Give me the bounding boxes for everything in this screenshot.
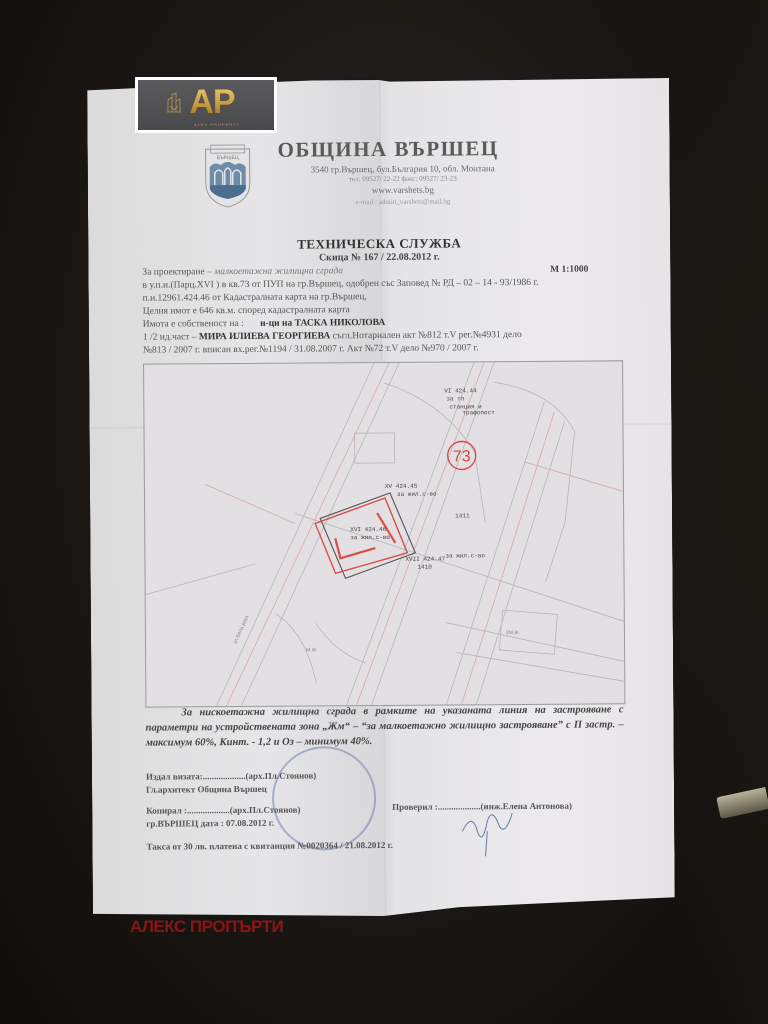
official-stamp	[272, 746, 377, 851]
fee-receipt: Такса от 30 лв. платена с квитанция №002…	[146, 840, 393, 852]
svg-text:73: 73	[453, 448, 471, 465]
owner-label: Имота е собственост на :	[143, 319, 244, 330]
share-suffix: съгл.Нотариален акт №812 т.V рег.№4931 д…	[330, 330, 522, 341]
area-line: Целия имот е 646 кв.м. според кадастралн…	[143, 305, 350, 316]
municipality-crest-icon: ВЪРШЕЦ	[203, 141, 253, 209]
agency-watermark: АЛЕКС ПРОПЪРТИ	[130, 917, 283, 937]
logo-subtitle: ALEX PROPERTY	[194, 122, 240, 127]
municipality-website: www.varshets.bg	[278, 184, 528, 196]
issued-by: Издал визата:...................(арх.Пл.…	[146, 770, 316, 781]
share-owner: МИРА ИЛИЕВА ГЕОРГИЕВА	[199, 331, 330, 342]
watermark-logo: AP ALEX PROPERTY	[135, 77, 277, 133]
background-shadow	[673, 0, 768, 1024]
copied-by: Копирал :...................(арх.Пл.Стоя…	[146, 805, 300, 816]
svg-text:за жил.с-во: за жил.с-во	[397, 491, 437, 498]
building-icon	[166, 92, 182, 114]
owner-line: Имота е собственост на : н-ци на ТАСКА Н…	[143, 318, 386, 330]
share-prefix: 1 /2 ид.част –	[143, 332, 197, 342]
municipality-address: 3540 гр.Вършец, бул.България 10, обл. Мо…	[278, 163, 528, 175]
map-drawing: 73 VI 424.44 за тп станция и трафопост X…	[144, 361, 624, 706]
share-line: 1 /2 ид.част – МИРА ИЛИЕВА ГЕОРГИЕВА съг…	[143, 330, 522, 343]
svg-text:1411: 1411	[455, 512, 470, 519]
svg-text:за жил.с-во: за жил.с-во	[350, 534, 390, 541]
deed-line: №813 / 2007 г. вписан вх.рег.№1194 / 31.…	[143, 343, 479, 355]
purpose-label: За проектиране	[142, 267, 204, 277]
signature-mark	[457, 801, 517, 861]
place-date: гр.ВЪРШЕЦ дата : 07.08.2012 г.	[146, 818, 274, 829]
scale-label: М 1:1000	[550, 265, 588, 275]
building-conditions: За нискоетажна жилищна сграда в рамките …	[145, 702, 623, 750]
svg-text:XVI 424.46: XVI 424.46	[350, 526, 386, 533]
svg-text:XV 424.45: XV 424.45	[385, 483, 418, 490]
document-sheet: ВЪРШЕЦ ОБЩИНА ВЪРШЕЦ 3540 гр.Вършец, бул…	[87, 78, 675, 918]
municipality-title: ОБЩИНА ВЪРШЕЦ	[277, 136, 498, 163]
svg-text:М.Ж: М.Ж	[306, 647, 317, 653]
purpose-line: За проектиране – малкоетажна жилищна сгр…	[142, 266, 343, 277]
svg-text:за тп: за тп	[446, 395, 464, 402]
svg-text:1410: 1410	[417, 564, 432, 571]
svg-text:ВЪРШЕЦ: ВЪРШЕЦ	[217, 155, 239, 161]
logo-text: AP	[189, 83, 234, 122]
svg-text:трафопост: трафопост	[462, 409, 495, 416]
svg-text:2М.Ж: 2М.Ж	[506, 630, 519, 636]
municipality-email: e-mail : admin_varshets@mail.bg	[278, 197, 528, 207]
municipality-phone: тел: 09527/ 22-22 факс: 09527/ 23-23	[278, 174, 528, 184]
purpose-value: – малкоетажна жилищна сграда	[205, 266, 343, 277]
svg-text:VI 424.44: VI 424.44	[444, 387, 477, 394]
svg-text:XVII 424.47: XVII 424.47	[405, 556, 445, 563]
plot-line: в у.п.и.(Парц.XVI ) в кв.73 от ПУП на гр…	[142, 278, 538, 291]
chief-architect: Гл.архитект Община Вършец	[146, 784, 267, 795]
cadastral-line: п.и.12961.424.46 от Кадастралната карта …	[143, 292, 367, 304]
owner-value: н-ци на ТАСКА НИКОЛОВА	[260, 318, 385, 329]
svg-text:ул.Бяла река: ул.Бяла река	[232, 614, 250, 644]
svg-text:за жил.с-во: за жил.с-во	[445, 552, 485, 559]
cadastral-map: 73 VI 424.44 за тп станция и трафопост X…	[143, 360, 625, 707]
